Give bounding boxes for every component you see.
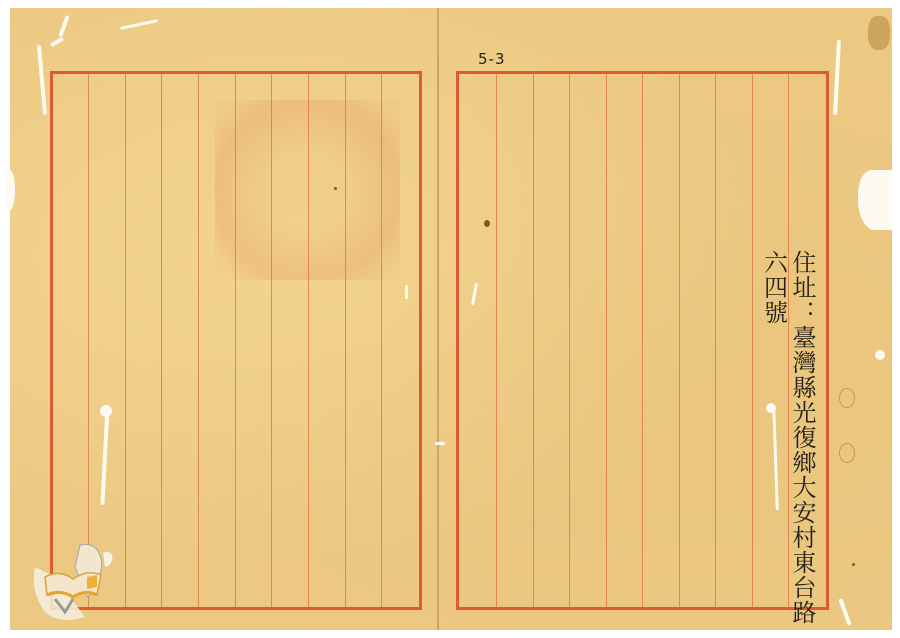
right-page-frame — [456, 71, 829, 610]
column-rule — [496, 74, 497, 607]
paper-tear — [5, 170, 15, 210]
column-rule — [381, 74, 382, 607]
column-rule — [125, 74, 126, 607]
paper-tear — [435, 442, 445, 445]
paper-tear — [100, 405, 112, 417]
paper-tear — [858, 170, 892, 230]
ink-spot — [484, 220, 490, 227]
corner-stain — [868, 16, 890, 50]
faint-seal-mark — [839, 388, 855, 408]
left-page-frame — [50, 71, 422, 610]
column-rule — [679, 74, 680, 607]
center-fold — [437, 8, 439, 630]
paper-tear — [875, 350, 885, 360]
column-rule — [235, 74, 236, 607]
paper-tear — [766, 403, 776, 413]
page-number-label: 5-3 — [478, 50, 506, 68]
column-rule — [752, 74, 753, 607]
column-rule — [569, 74, 570, 607]
column-rule — [308, 74, 309, 607]
column-rule — [88, 74, 89, 607]
faint-seal-mark — [839, 443, 855, 463]
column-rule — [271, 74, 272, 607]
column-rule — [642, 74, 643, 607]
handwritten-address: 住址：臺灣縣光復鄉大安村東台路六四號 — [786, 250, 816, 638]
column-rule — [345, 74, 346, 607]
paper-tear — [405, 285, 408, 299]
column-rule — [606, 74, 607, 607]
ink-spot — [852, 563, 855, 566]
column-rule — [161, 74, 162, 607]
column-rule — [715, 74, 716, 607]
open-book-taiwan-logo-icon — [25, 537, 120, 627]
column-rule — [198, 74, 199, 607]
column-rule — [533, 74, 534, 607]
ink-spot — [334, 187, 337, 190]
